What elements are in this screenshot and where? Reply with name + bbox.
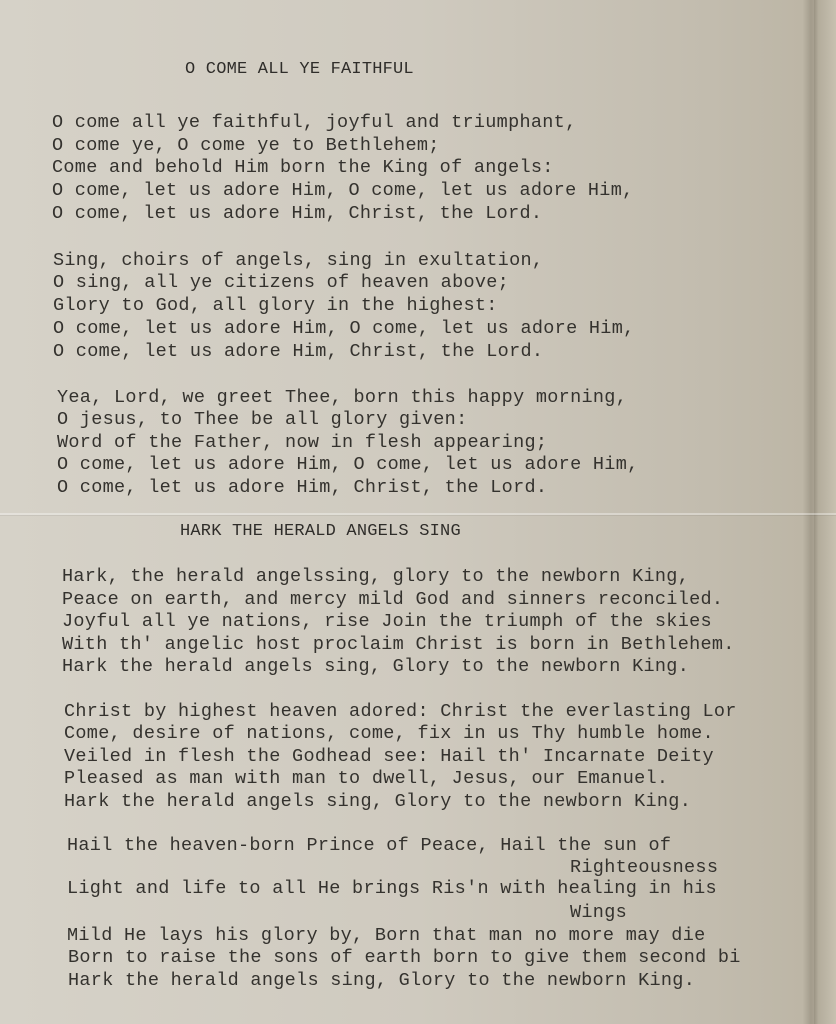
- lyric-line: Word of the Father, now in flesh appeari…: [57, 432, 547, 453]
- lyric-line: O come, let us adore Him, O come, let us…: [53, 318, 635, 339]
- lyric-line: Light and life to all He brings Ris'n wi…: [67, 878, 717, 899]
- lyric-line: O jesus, to Thee be all glory given:: [57, 409, 467, 430]
- lyric-line-continuation: Wings: [570, 902, 627, 923]
- song-title-o-come-all-ye-faithful: O COME ALL YE FAITHFUL: [185, 60, 414, 79]
- lyric-line-continuation: Righteousness: [570, 857, 718, 878]
- lyric-line: Joyful all ye nations, rise Join the tri…: [62, 611, 712, 632]
- paper-edge: [814, 0, 836, 1024]
- lyric-line: O come, let us adore Him, Christ, the Lo…: [53, 341, 543, 362]
- lyric-line: O come, let us adore Him, O come, let us…: [57, 454, 639, 475]
- lyric-line: Mild He lays his glory by, Born that man…: [67, 925, 706, 946]
- lyric-line: Hark the herald angels sing, Glory to th…: [64, 791, 691, 812]
- lyric-line: Yea, Lord, we greet Thee, born this happ…: [57, 387, 627, 408]
- lyric-line: Hail the heaven-born Prince of Peace, Ha…: [67, 835, 671, 856]
- lyric-line: Sing, choirs of angels, sing in exultati…: [53, 250, 543, 271]
- lyric-line: O come all ye faithful, joyful and trium…: [52, 112, 576, 133]
- lyric-line: Born to raise the sons of earth born to …: [68, 947, 741, 968]
- lyric-line: Come, desire of nations, come, fix in us…: [64, 723, 714, 744]
- lyric-line: Veiled in flesh the Godhead see: Hail th…: [64, 746, 714, 767]
- lyric-line: Hark, the herald angelssing, glory to th…: [62, 566, 689, 587]
- lyric-line: Hark the herald angels sing, Glory to th…: [62, 656, 689, 677]
- lyric-line: With th' angelic host proclaim Christ is…: [62, 634, 735, 655]
- typed-hymn-sheet: O COME ALL YE FAITHFUL O come all ye fai…: [0, 0, 836, 1024]
- lyric-line: Come and behold Him born the King of ang…: [52, 157, 554, 178]
- lyric-line: O come ye, O come ye to Bethlehem;: [52, 135, 440, 156]
- lyric-line: Hark the herald angels sing, Glory to th…: [68, 970, 695, 991]
- lyric-line: Glory to God, all glory in the highest:: [53, 295, 498, 316]
- lyric-line: Pleased as man with man to dwell, Jesus,…: [64, 768, 668, 789]
- lyric-line: Peace on earth, and mercy mild God and s…: [62, 589, 723, 610]
- lyric-line: O come, let us adore Him, O come, let us…: [52, 180, 634, 201]
- lyric-line: O come, let us adore Him, Christ, the Lo…: [57, 477, 547, 498]
- lyric-line: O come, let us adore Him, Christ, the Lo…: [52, 203, 542, 224]
- paper-fold-crease: [0, 513, 836, 515]
- lyric-line: Christ by highest heaven adored: Christ …: [64, 701, 737, 722]
- song-title-hark-the-herald: HARK THE HERALD ANGELS SING: [180, 522, 461, 541]
- lyric-line: O sing, all ye citizens of heaven above;: [53, 272, 509, 293]
